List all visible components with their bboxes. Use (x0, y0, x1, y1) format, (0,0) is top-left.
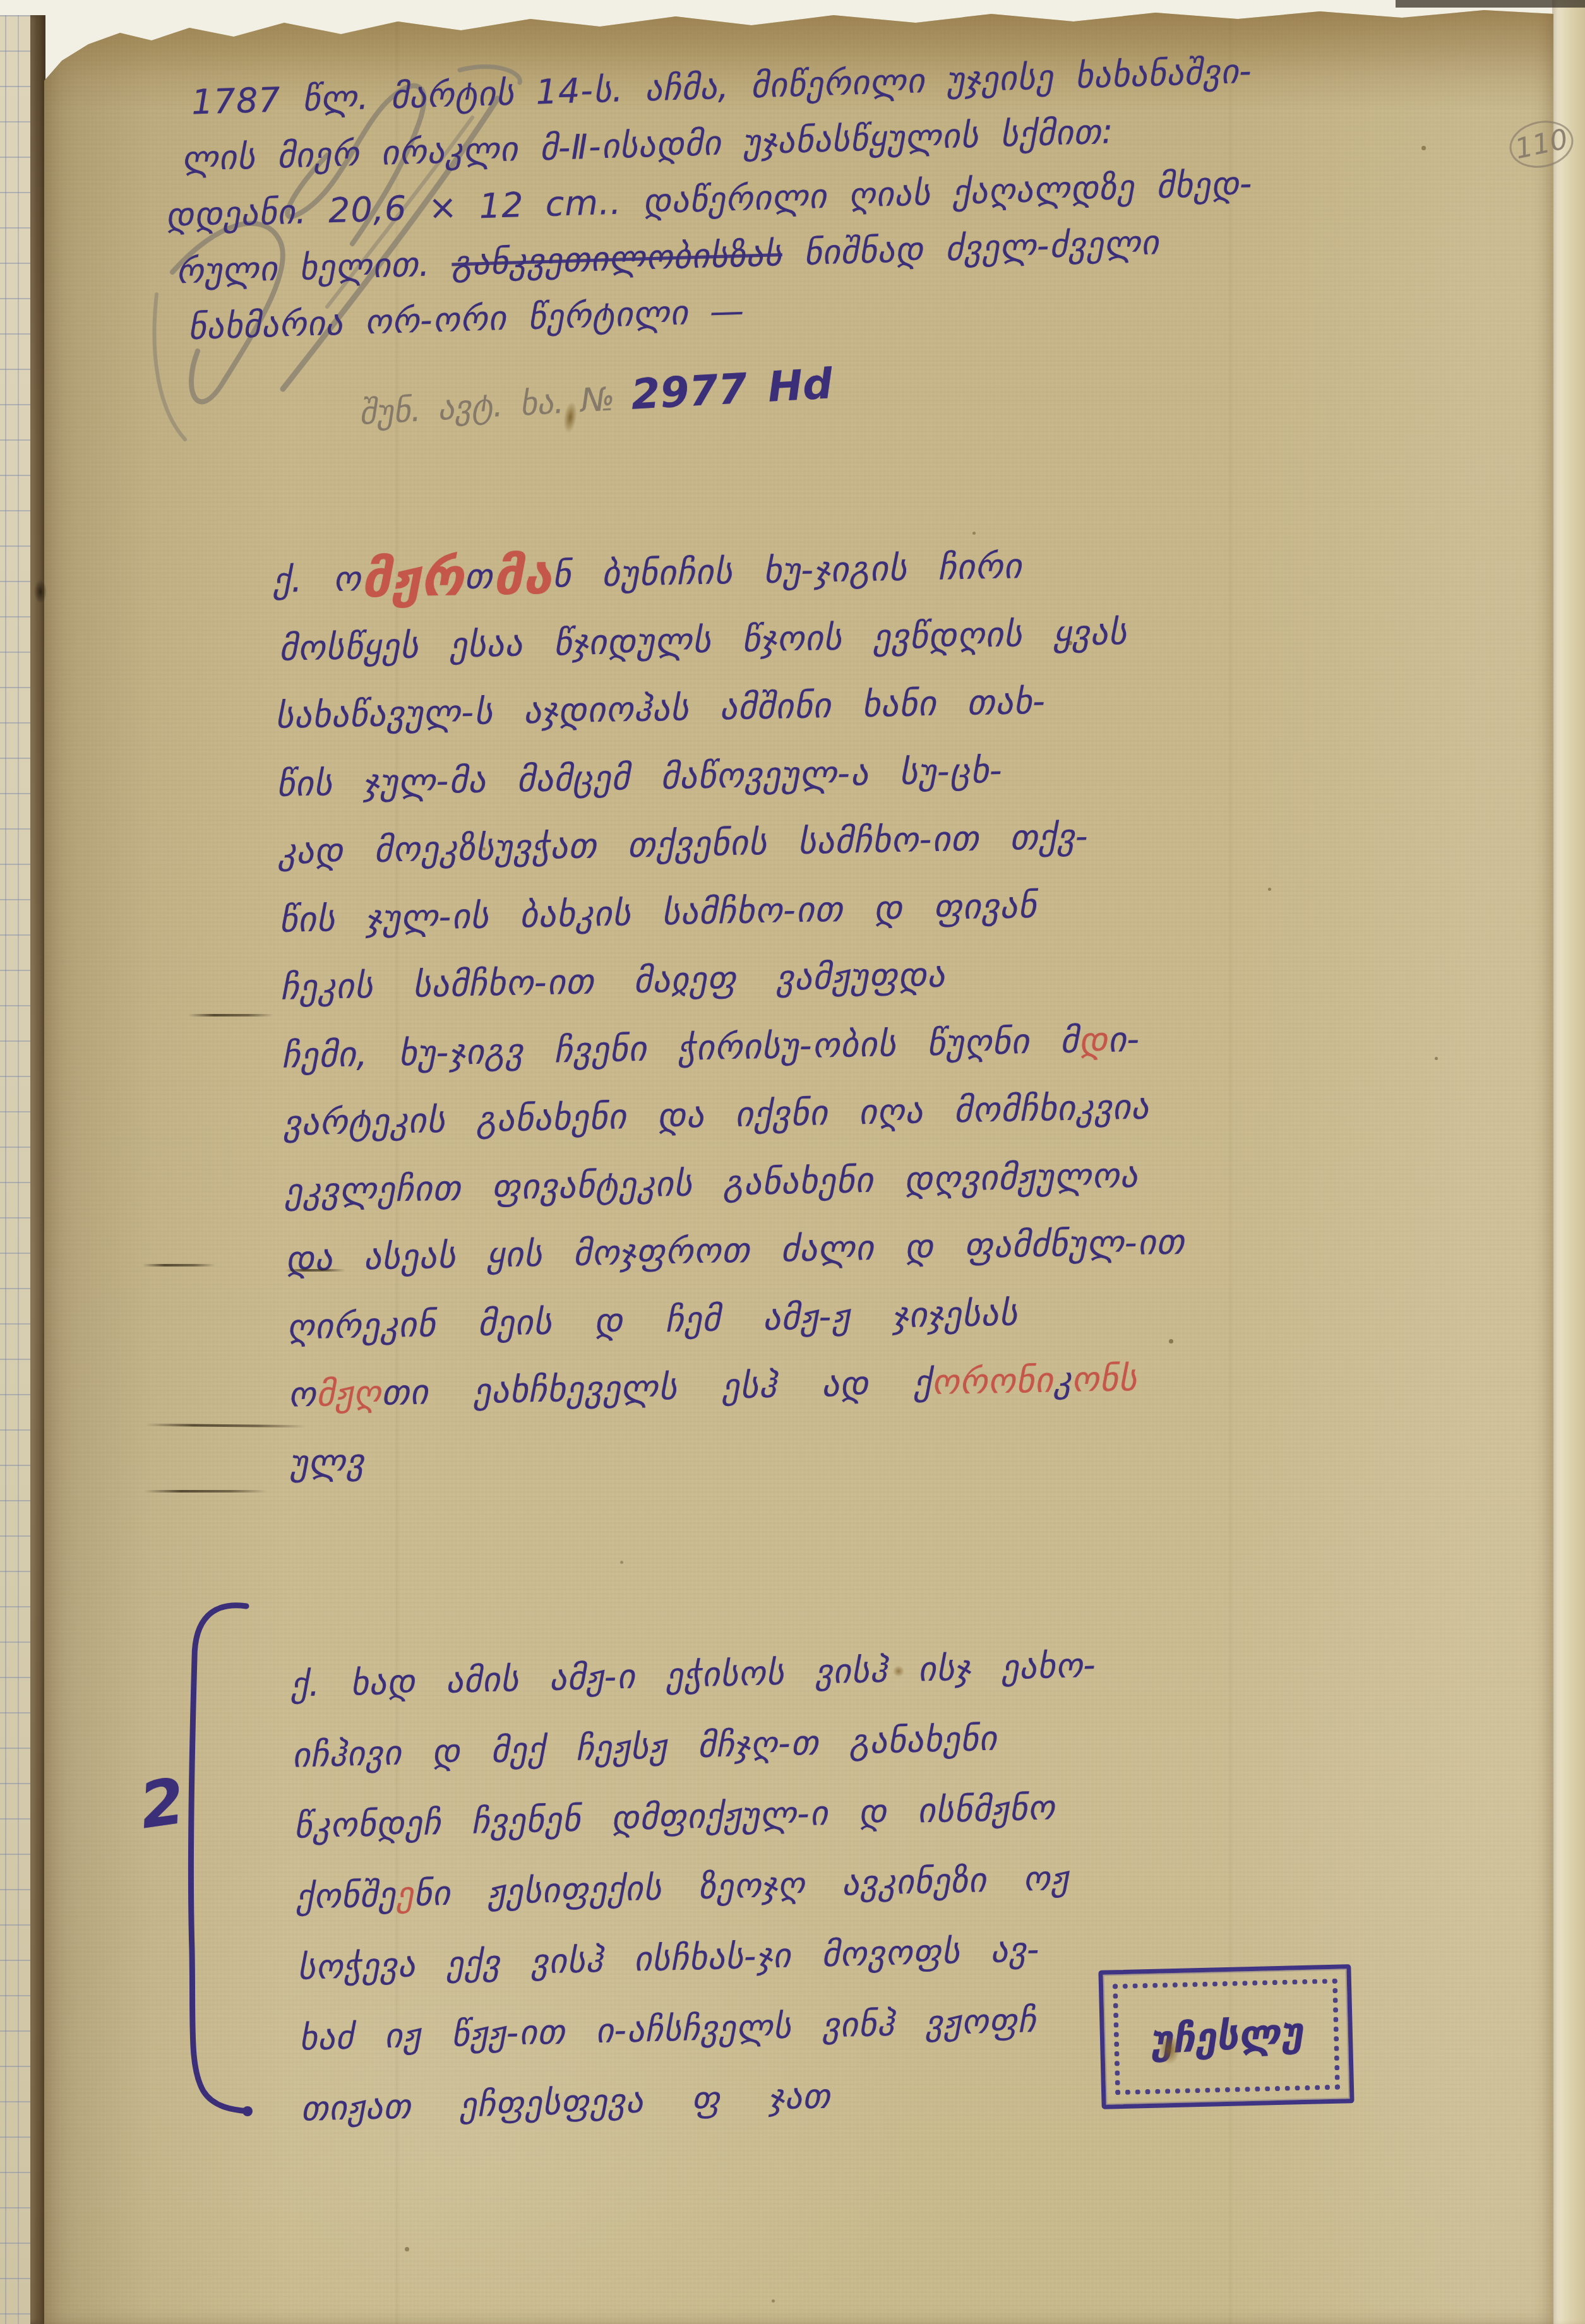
manuscript-scan: 1787 წლ. მარტის 14-ს. აჩმა, მიწერილი უჯე… (0, 0, 1585, 2324)
scratch-mark (144, 1490, 267, 1493)
binding-fold-band (30, 15, 45, 2324)
bracket-mark (174, 1597, 263, 2128)
graph-paper-strip (0, 15, 30, 2324)
scratch-mark (188, 1014, 273, 1016)
bracket-paragraph: ქ. ხად ამის ამჟ-ი ეჭისოს ვისჰ ისჯ ეახო-ი… (290, 1618, 1577, 2144)
scratch-mark (143, 1264, 215, 1266)
paper-stain (893, 1666, 904, 1677)
stamp-box: უჩესლუ (1098, 1964, 1354, 2109)
paper-stain (34, 580, 47, 604)
paper-stain (1159, 2034, 1180, 2065)
paper-specks (0, 0, 3, 3)
scratch-mark (285, 1269, 345, 1272)
header-paragraph: 1787 წლ. მარტის 14-ს. აჩმა, მიწერილი უჯე… (154, 33, 1576, 356)
main-paragraph: ქ. ომჟრთმან ბუნიჩის ხუ-ჯიგის ჩირიმოსწყეს… (272, 521, 1585, 1496)
scan-edge-sliver (1396, 0, 1585, 8)
